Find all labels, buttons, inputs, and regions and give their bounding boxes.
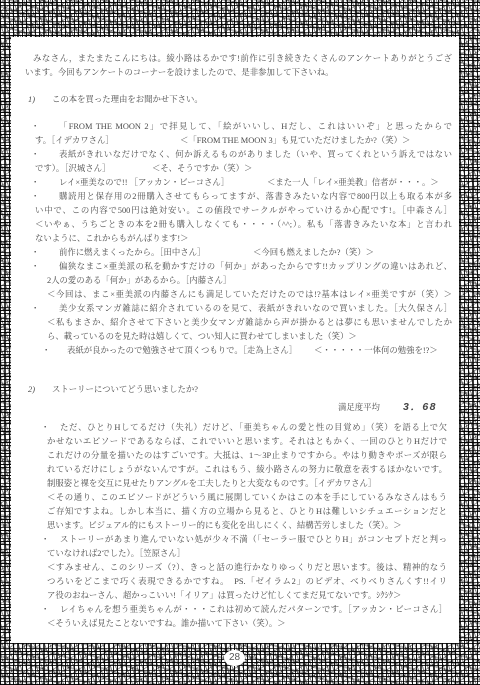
- author-reply-line: ア役のおねーさん、超かっこいい!「イリア」は買ったけど忙しくてまだ見てないです。…: [47, 589, 447, 603]
- response-line: ・表紙がきれいなだけでなく、何か訴えるものがありました（いや、買ってくれという訴…: [59, 148, 452, 162]
- response-line: ・ただ、ひとりHしてるだけ（失礼）だけど、「亜美ちゃんの愛と性の目覚め」（笑）を…: [60, 421, 447, 435]
- response-text: す。［イデカワさん］: [35, 136, 114, 145]
- response-text: 購読用と保存用の2冊購入させてもらってますが、落書きみたいな内容で800円以上も…: [59, 192, 452, 201]
- question-prompt: ストーリーについてどう思いましたか?: [52, 385, 198, 394]
- author-reply: ＜「FROM THE MOON 3」も見ていただけましたか?（笑）＞: [180, 134, 410, 148]
- response-line: ・美少女系マンガ雑誌に紹介されているのを見て、表紙がきれいなので買いました。［大…: [59, 302, 452, 316]
- response-text: です）。［沢城さん］: [35, 164, 110, 173]
- author-reply-line: ＜今回は、まこ×亜美派の内藤さんにも満足していただけたのでは!?基本はレイ×亜美…: [47, 288, 452, 302]
- author-reply-line: ＜すみません、このシリーズ（?）、きっと話の進行かなりゆっくりだと思います。後は…: [47, 561, 447, 575]
- response-text: 前作に燃えまくったから。［田中さん］: [59, 248, 205, 257]
- question-prompt: この本を買った理由をお聞かせ下さい。: [52, 95, 203, 104]
- response-text: 「FROM THE MOON 2」で拝見して、「絵がいいし、Hだし、これはいいぞ…: [59, 122, 452, 131]
- satisfaction-label: 満足度平均: [338, 400, 380, 414]
- question-line: 1)この本を買った理由をお聞かせ下さい。: [28, 93, 452, 107]
- response-item: ・購読用と保存用の2冊購入させてもらってますが、落書きみたいな内容で800円以上…: [0, 190, 480, 246]
- response-text: ストーリーがあまり進んでいない処が少々不満（「セーラー服でひとりH」がコンセプト…: [60, 535, 447, 544]
- response-line: ていなければ2でした）。［笠原さん］: [47, 547, 447, 561]
- intro-line: います。今回もアンケートのコーナーを設けましたので、是非参加して下さいね。: [25, 66, 452, 80]
- author-reply: ＜また一人「レイ×亜美教」信者が・・・。＞: [267, 176, 439, 190]
- scanned-page: みなさん，またまたこんにちは。綾小路はるかです!前作に引き続きたくさんのアンケー…: [0, 0, 480, 685]
- response-text: 美少女系マンガ雑誌に紹介されているのを見て、表紙がきれいなので買いました。［大久…: [59, 304, 452, 313]
- response-line: かせないエピソードであるならば、これでいいと思います。それはともかく、一回のひと…: [47, 435, 447, 449]
- author-reply-line: つろいをどこまで巧く表現できるかですね。 PS.「ゼイラム2」のビデオ、べりべり…: [47, 575, 447, 589]
- response-item: ・レイちゃんを想う亜美ちゃんが・・・これは初めて読んだパターンです。［アッカン・…: [0, 603, 480, 631]
- question-2-heading: 2)ストーリーについてどう思いましたか?: [0, 383, 480, 397]
- question-2-responses: ・ただ、ひとりHしてるだけ（失礼）だけど、「亜美ちゃんの愛と性の目覚め」（笑）を…: [0, 421, 480, 631]
- response-line: ・前作に燃えまくったから。［田中さん］＜今回も燃えましたか?（笑）＞: [59, 246, 452, 260]
- author-reply-line: ＜私もまさか、紹介させて下さいと美少女マンガ雑誌から声が掛かるとは夢にも思いませ…: [47, 316, 452, 330]
- author-reply: ＜・・・・・一体何の勉強を!?＞: [314, 344, 438, 358]
- response-line: ・購読用と保存用の2冊購入させてもらってますが、落書きみたいな内容で800円以上…: [59, 190, 452, 204]
- satisfaction-value: 3．68: [403, 399, 437, 415]
- author-reply: ＜今回も燃えましたか?（笑）＞: [253, 246, 374, 260]
- response-item: ・ストーリーがあまり進んでいない処が少々不満（「セーラー服でひとりH」がコンセプ…: [0, 533, 480, 603]
- response-line: ・表紙が良かったので勉強させて頂くつもりで。［走為上さん］＜・・・・・一体何の勉…: [67, 344, 452, 358]
- response-text: 表紙がきれいなだけでなく、何か訴えるものがありました（いや、買ってくれという訴え…: [59, 150, 452, 159]
- response-line: す。［イデカワさん］＜「FROM THE MOON 3」も見ていただけましたか?…: [35, 134, 452, 148]
- response-line: です）。［沢城さん］＜そ、そうですか（笑）＞: [35, 162, 452, 176]
- author-reply-line: ご存知ですよね。しかし本当に、描く方の立場から見ると、ひとりHは難しいシチュエー…: [47, 505, 447, 519]
- response-text: レイ×亜美なので!! ［アッカン・ビーコさん］: [59, 178, 229, 187]
- response-item: ・「FROM THE MOON 2」で拝見して、「絵がいいし、Hだし、これはいい…: [0, 120, 480, 148]
- author-reply-line: 思います。ビジュアル的にもストーリー的にも変化を出しにくく、結構苦労しました（笑…: [47, 519, 447, 533]
- question-1-heading: 1)この本を買った理由をお聞かせ下さい。: [0, 93, 480, 107]
- author-reply: ＜そ、そうですか（笑）＞: [152, 162, 252, 176]
- response-item: ・レイ×亜美なので!! ［アッカン・ビーコさん］＜また一人「レイ×亜美教」信者が…: [0, 176, 480, 190]
- response-line: れているだけにしょうがないんですが。これはもう、綾小路さんの努力に敬意を表するほ…: [47, 463, 447, 477]
- question-line: 2)ストーリーについてどう思いましたか?: [28, 383, 452, 397]
- author-reply-line: ＜その通り、このエピソードがどういう風に展開していくかはこの本を手にしているみな…: [47, 491, 447, 505]
- response-item: ・表紙が良かったので勉強させて頂くつもりで。［走為上さん］＜・・・・・一体何の勉…: [0, 344, 480, 358]
- intro-paragraph: みなさん，またまたこんにちは。綾小路はるかです!前作に引き続きたくさんのアンケー…: [0, 52, 480, 80]
- response-line: ・レイ×亜美なので!! ［アッカン・ビーコさん］＜また一人「レイ×亜美教」信者が…: [59, 176, 452, 190]
- response-line: これだけの分量を描いたのはすごいです。大抵は、1〜3P止まりですから。やはり動き…: [47, 449, 447, 463]
- response-text: レイちゃんを想う亜美ちゃんが・・・これは初めて読んだパターンです。［アッカン・ビ…: [60, 605, 447, 614]
- question-number: 2): [28, 383, 52, 397]
- response-line: ・レイちゃんを想う亜美ちゃんが・・・これは初めて読んだパターンです。［アッカン・…: [60, 603, 447, 617]
- author-reply-line: ＜そういえば見たことないですね。誰か描いて下さい（笑）。＞: [47, 617, 447, 631]
- response-item: ・前作に燃えまくったから。［田中さん］＜今回も燃えましたか?（笑）＞: [0, 246, 480, 260]
- author-reply-line: ら、載っているのを見た時は嬉しくて、つい知人に買わせてしまいました（笑）＞: [47, 330, 452, 344]
- response-item: ・ただ、ひとりHしてるだけ（失礼）だけど、「亜美ちゃんの愛と性の目覚め」（笑）を…: [0, 421, 480, 533]
- response-line: 2人の愛のある「何か」があるから。［内藤さん］: [47, 274, 452, 288]
- question-number: 1): [28, 93, 52, 107]
- response-item: ・美少女系マンガ雑誌に紹介されているのを見て、表紙がきれいなので買いました。［大…: [0, 302, 480, 344]
- response-line: い中で、この内容で500円は絶対安い。この値段でサークルがやっていけるか心配です…: [35, 204, 452, 218]
- intro-line: みなさん，またまたこんにちは。綾小路はるかです!前作に引き続きたくさんのアンケー…: [33, 52, 452, 66]
- author-reply-line: ＜いやぁ、うちごときの本を2冊も購入しなくても・・・・（^^;）。私も「落書きみ…: [35, 218, 452, 232]
- response-item: ・表紙がきれいなだけでなく、何か訴えるものがありました（いや、買ってくれという訴…: [0, 148, 480, 176]
- question-1-responses: ・「FROM THE MOON 2」で拝見して、「絵がいいし、Hだし、これはいい…: [0, 120, 480, 358]
- response-line: ・偏狭なまこ×亜美派の私を動かすだけの「何か」があったからです!!カップリングの…: [59, 260, 452, 274]
- page-number: 28: [224, 650, 245, 666]
- response-line: ・ストーリーがあまり進んでいない処が少々不満（「セーラー服でひとりH」がコンセプ…: [60, 533, 447, 547]
- response-item: ・偏狭なまこ×亜美派の私を動かすだけの「何か」があったからです!!カップリングの…: [0, 260, 480, 302]
- response-line: 制服姿と裸を交互に見せたりアングルを工夫したりと大変なものです。［イデカワさん］: [47, 477, 447, 491]
- response-text: 表紙が良かったので勉強させて頂くつもりで。［走為上さん］: [67, 346, 297, 355]
- author-reply-line: ないように、これからもがんばります!＞: [35, 232, 452, 246]
- response-text: 偏狭なまこ×亜美派の私を動かすだけの「何か」があったからです!!カップリングの違…: [59, 262, 452, 271]
- response-line: ・「FROM THE MOON 2」で拝見して、「絵がいいし、Hだし、これはいい…: [59, 120, 452, 134]
- satisfaction-average: 満足度平均 3．68: [0, 400, 480, 414]
- response-text: ただ、ひとりHしてるだけ（失礼）だけど、「亜美ちゃんの愛と性の目覚め」（笑）を語…: [60, 423, 447, 432]
